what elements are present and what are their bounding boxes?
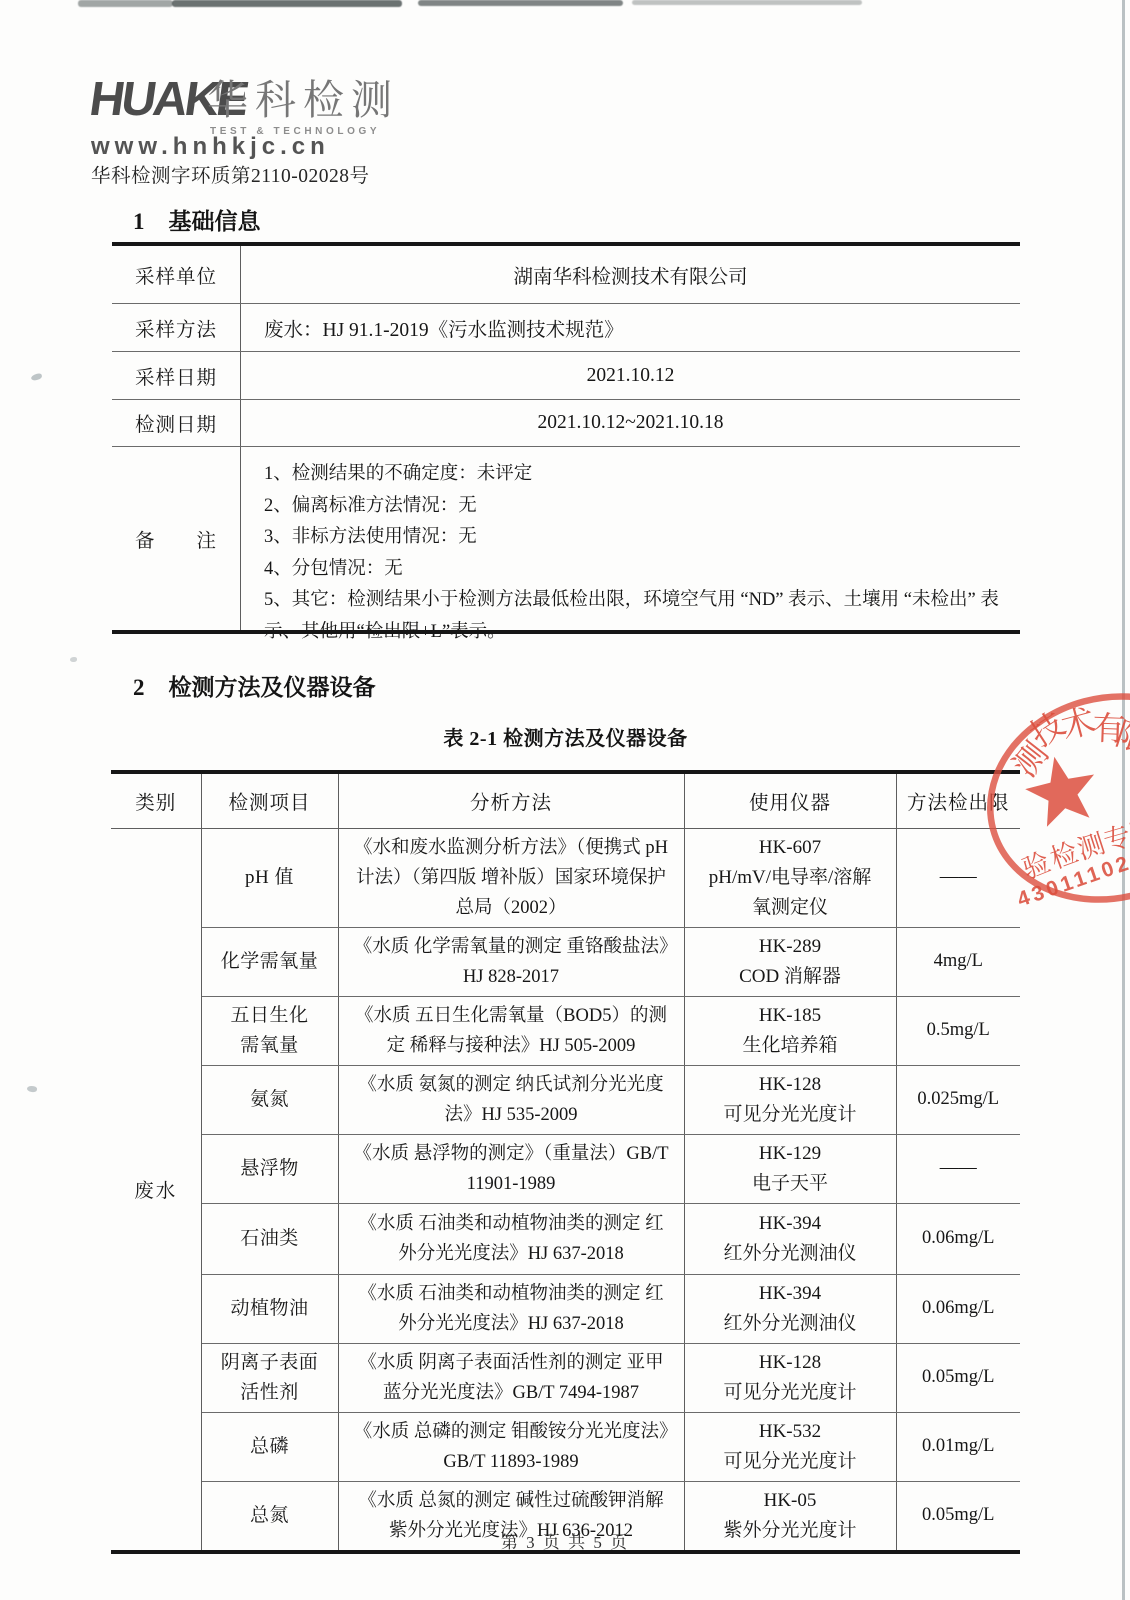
instrument-cell: HK-129 电子天平 [684, 1134, 896, 1203]
method-row: 五日生化 需氧量《水质 五日生化需氧量（BOD5）的测定 稀释与接种法》HJ 5… [111, 996, 1020, 1065]
note-line: 2、偏离标准方法情况：无 [264, 491, 1002, 523]
section2-number: 2 [133, 675, 145, 701]
item-cell: 悬浮物 [201, 1134, 338, 1203]
detection-limit-cell: 0.06mg/L [896, 1203, 1020, 1274]
scan-speck [27, 1085, 38, 1093]
company-stamp: 测技术有限 验检测专用 430111029 [985, 655, 1130, 955]
method-row: 化学需氧量《水质 化学需氧量的测定 重铬酸盐法》HJ 828-2017HK-28… [111, 927, 1020, 996]
item-cell: pH 值 [201, 828, 338, 927]
detection-limit-cell: 0.05mg/L [896, 1343, 1020, 1412]
method-cell: 《水质 石油类和动植物油类的测定 红外分光光度法》HJ 637-2018 [338, 1203, 684, 1274]
method-row: 废水pH 值《水和废水监测分析方法》（便携式 pH 计法）（第四版 增补版）国家… [111, 828, 1020, 927]
section1-title: 1基础信息 [133, 203, 261, 236]
row-value: 湖南华科检测技术有限公司 [241, 246, 1020, 303]
page-footer: 第 3 页 共 5 页 [0, 1528, 1130, 1553]
row-label: 采样日期 [112, 352, 241, 399]
section2-title: 2检测方法及仪器设备 [133, 669, 376, 702]
basic-info-table: 采样单位湖南华科检测技术有限公司采样方法废水：HJ 91.1-2019《污水监测… [112, 242, 1020, 634]
scan-artifact-top [418, 0, 623, 6]
method-row: 总磷《水质 总磷的测定 钼酸铵分光光度法》GB/T 11893-1989HK-5… [111, 1412, 1020, 1481]
instrument-cell: HK-607 pH/mV/电导率/溶解 氧测定仪 [684, 828, 896, 927]
detection-limit-cell: 0.025mg/L [896, 1065, 1020, 1134]
method-cell: 《水质 五日生化需氧量（BOD5）的测定 稀释与接种法》HJ 505-2009 [338, 996, 684, 1065]
method-row: 石油类《水质 石油类和动植物油类的测定 红外分光光度法》HJ 637-2018H… [111, 1203, 1020, 1274]
scan-artifact-top [78, 0, 173, 7]
method-cell: 《水质 悬浮物的测定》（重量法）GB/T 11901-1989 [338, 1134, 684, 1203]
stamp-arc-text-top: 测技术有限 [1007, 702, 1130, 784]
basic-info-row: 采样单位湖南华科检测技术有限公司 [112, 246, 1020, 303]
row-label: 采样方法 [112, 304, 241, 351]
instrument-cell: HK-289 COD 消解器 [684, 927, 896, 996]
item-cell: 化学需氧量 [201, 927, 338, 996]
instrument-cell: HK-394 红外分光测油仪 [684, 1274, 896, 1343]
section1-number: 1 [133, 209, 145, 235]
method-row: 氨氮《水质 氨氮的测定 纳氏试剂分光光度法》HJ 535-2009HK-128 … [111, 1065, 1020, 1134]
item-cell: 动植物油 [201, 1274, 338, 1343]
item-cell: 阴离子表面 活性剂 [201, 1343, 338, 1412]
instrument-cell: HK-185 生化培养箱 [684, 996, 896, 1065]
row-value: 2021.10.12 [241, 352, 1020, 399]
method-cell: 《水质 阴离子表面活性剂的测定 亚甲蓝分光光度法》GB/T 7494-1987 [338, 1343, 684, 1412]
section1-heading: 基础信息 [169, 209, 261, 234]
method-cell: 《水质 石油类和动植物油类的测定 红外分光光度法》HJ 637-2018 [338, 1274, 684, 1343]
scan-speck [70, 657, 77, 662]
scan-speck [30, 373, 42, 382]
method-row: 阴离子表面 活性剂《水质 阴离子表面活性剂的测定 亚甲蓝分光光度法》GB/T 7… [111, 1343, 1020, 1412]
row-value: 2021.10.12~2021.10.18 [241, 400, 1020, 446]
item-cell: 总磷 [201, 1412, 338, 1481]
scan-artifact-top [172, 0, 402, 7]
instrument-cell: HK-128 可见分光光度计 [684, 1065, 896, 1134]
instrument-cell: HK-394 红外分光测油仪 [684, 1203, 896, 1274]
note-line: 5、其它：检测结果小于检测方法最低检出限，环境空气用 “ND” 表示、土壤用 “… [264, 585, 1002, 648]
instrument-cell: HK-128 可见分光光度计 [684, 1343, 896, 1412]
method-cell: 《水和废水监测分析方法》（便携式 pH 计法）（第四版 增补版）国家环境保护总局… [338, 828, 684, 927]
notes-row: 备 注1、检测结果的不确定度：未评定2、偏离标准方法情况：无3、非标方法使用情况… [112, 446, 1020, 630]
category-cell: 废水 [111, 828, 201, 1552]
instrument-cell: HK-532 可见分光光度计 [684, 1412, 896, 1481]
methods-table-header-row: 类别检测项目分析方法使用仪器方法检出限 [111, 772, 1020, 828]
item-cell: 五日生化 需氧量 [201, 996, 338, 1065]
column-header: 类别 [111, 772, 201, 828]
methods-table: 类别检测项目分析方法使用仪器方法检出限 废水pH 值《水和废水监测分析方法》（便… [111, 770, 1020, 1554]
method-row: 悬浮物《水质 悬浮物的测定》（重量法）GB/T 11901-1989HK-129… [111, 1134, 1020, 1203]
table-2-1-caption: 表 2-1 检测方法及仪器设备 [111, 722, 1020, 751]
detection-limit-cell: —— [896, 1134, 1020, 1203]
row-value: 废水：HJ 91.1-2019《污水监测技术规范》 [241, 304, 1020, 351]
method-cell: 《水质 化学需氧量的测定 重铬酸盐法》HJ 828-2017 [338, 927, 684, 996]
note-line: 3、非标方法使用情况：无 [264, 522, 1002, 554]
note-line: 4、分包情况：无 [264, 554, 1002, 586]
detection-limit-cell: 0.06mg/L [896, 1274, 1020, 1343]
row-label: 检测日期 [112, 400, 241, 446]
detection-limit-cell: 0.5mg/L [896, 996, 1020, 1065]
basic-info-row: 采样日期2021.10.12 [112, 351, 1020, 399]
method-row: 动植物油《水质 石油类和动植物油类的测定 红外分光光度法》HJ 637-2018… [111, 1274, 1020, 1343]
scan-artifact-top [632, 0, 862, 5]
stamp-seal-graphic: 测技术有限 验检测专用 430111029 [985, 655, 1130, 955]
detection-limit-cell: 0.01mg/L [896, 1412, 1020, 1481]
basic-info-row: 检测日期2021.10.12~2021.10.18 [112, 399, 1020, 446]
column-header: 检测项目 [201, 772, 338, 828]
basic-info-row: 采样方法废水：HJ 91.1-2019《污水监测技术规范》 [112, 303, 1020, 351]
notes-label: 备 注 [112, 447, 241, 630]
column-header: 使用仪器 [684, 772, 896, 828]
section2-heading: 检测方法及仪器设备 [169, 675, 376, 700]
method-cell: 《水质 氨氮的测定 纳氏试剂分光光度法》HJ 535-2009 [338, 1065, 684, 1134]
scanned-report-page: HUAKE 华科检测 TEST & TECHNOLOGY www.hnhkjc.… [0, 0, 1130, 1600]
column-header: 分析方法 [338, 772, 684, 828]
report-number: 华科检测字环质第2110-02028号 [91, 160, 370, 188]
item-cell: 氨氮 [201, 1065, 338, 1134]
item-cell: 石油类 [201, 1203, 338, 1274]
company-website: www.hnhkjc.cn [91, 133, 330, 161]
company-name-cn: 华科检测 [207, 80, 399, 121]
row-label: 采样单位 [112, 246, 241, 303]
note-line: 1、检测结果的不确定度：未评定 [264, 459, 1002, 491]
method-cell: 《水质 总磷的测定 钼酸铵分光光度法》GB/T 11893-1989 [338, 1412, 684, 1481]
notes-content: 1、检测结果的不确定度：未评定2、偏离标准方法情况：无3、非标方法使用情况：无4… [241, 447, 1020, 630]
